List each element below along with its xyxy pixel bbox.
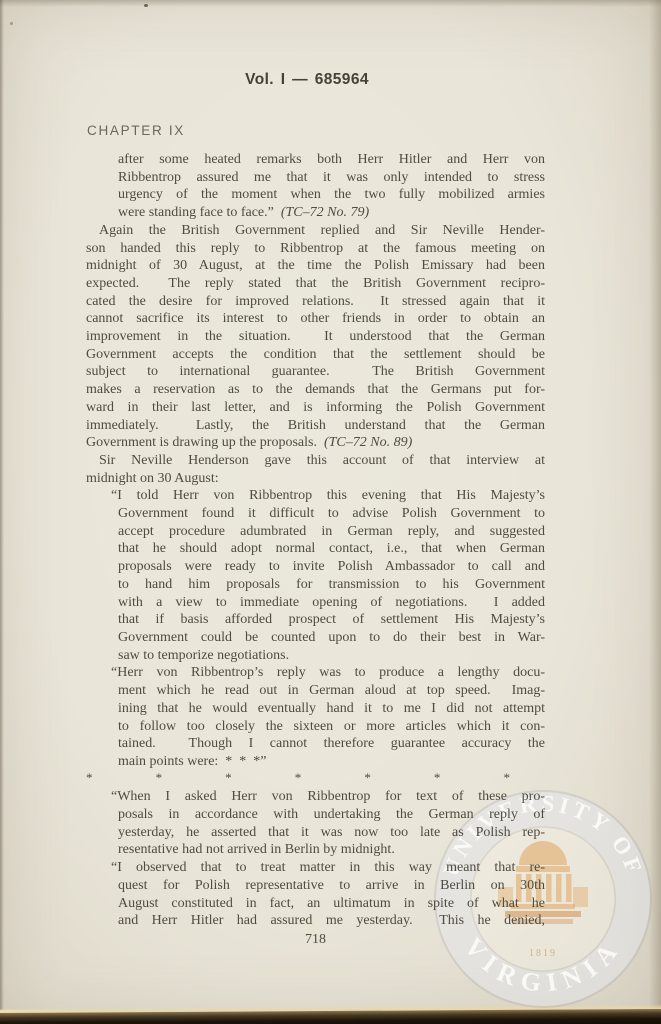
text-line: accept procedure adumbrated in German re…	[118, 523, 545, 541]
text-line: Government could be counted upon to do t…	[118, 629, 545, 647]
page-left-edge	[0, 0, 4, 1024]
text-line: Government found it difficult to advise …	[118, 505, 545, 523]
seal-year: 1819	[529, 948, 557, 959]
asterisk: *	[295, 771, 302, 789]
asterisk: *	[364, 771, 371, 789]
page-number: 718	[86, 932, 545, 948]
text-line: tained. Though I cannot therefore guaran…	[118, 735, 545, 753]
asterisk: *	[156, 771, 163, 789]
paragraph-quote-2: “Herr von Ribbentrop’s reply was to prod…	[118, 664, 545, 770]
text-line: ward in their last letter, and is inform…	[86, 399, 545, 417]
scanned-page: Vol. I — 685964 CHAPTER IX UNIVERSITY OF…	[0, 0, 661, 1024]
text-line: cannot sacrifice its interest to other f…	[86, 310, 545, 328]
paragraph-main-1: Again the British Government replied and…	[86, 222, 545, 452]
text-line: that he should adopt normal contact, i.e…	[118, 540, 545, 558]
text-line: to hand him proposals for transmission t…	[118, 576, 545, 594]
paragraph-quote-1: “I told Herr von Ribbentrop this evening…	[118, 487, 545, 664]
chapter-heading: CHAPTER IX	[87, 123, 185, 138]
volume-header: Vol. I — 685964	[0, 71, 614, 89]
paragraph-quote-continuation: after some heated remarks both Herr Hitl…	[118, 151, 545, 222]
asterisk: *	[225, 771, 232, 789]
document-citation: (TC–72 No. 79)	[281, 205, 369, 220]
text-line: yesterday, he asserted that it was now t…	[118, 824, 545, 842]
page-top-edge	[0, 0, 661, 7]
text-line: “When I asked Herr von Ribbentrop for te…	[118, 788, 545, 806]
text-line: midnight of 30 August, at the time the P…	[86, 257, 545, 275]
text-line: Again the British Government replied and…	[86, 222, 545, 240]
asterisk: *	[503, 771, 510, 789]
dust-speck	[10, 22, 13, 25]
text-line: resentative had not arrived in Berlin by…	[118, 841, 545, 859]
text-line: immediately. Lastly, the British underst…	[86, 417, 545, 435]
text-line: expected. The reply stated that the Brit…	[86, 275, 545, 293]
asterisk: *	[86, 771, 93, 789]
text-line: ment which he read out in German aloud a…	[118, 682, 545, 700]
text-line: “Herr von Ribbentrop’s reply was to prod…	[118, 664, 545, 682]
text-line: “I observed that to treat matter in this…	[118, 859, 545, 877]
text-line: August constituted in fact, an ultimatum…	[118, 895, 545, 913]
text-line: proposals were ready to invite Polish Am…	[118, 558, 545, 576]
text-line: after some heated remarks both Herr Hitl…	[118, 151, 545, 169]
text-line-with-citation: were standing face to face.” (TC–72 No. …	[118, 204, 545, 222]
text-fragment: were standing face to face.”	[118, 205, 281, 220]
text-line: that if basis afforded prospect of settl…	[118, 611, 545, 629]
text-line: with a view to immediate opening of nego…	[118, 594, 545, 612]
paragraph-main-2: Sir Neville Henderson gave this account …	[86, 452, 545, 487]
text-line: urgency of the moment when the two fully…	[118, 186, 545, 204]
text-line: quest for Polish representative to arriv…	[118, 877, 545, 895]
text-line: and Herr Hitler had assured me yesterday…	[118, 912, 545, 930]
asterisk: *	[434, 771, 441, 789]
text-line: “I told Herr von Ribbentrop this evening…	[118, 487, 545, 505]
asterisk-separator: * * * * * * *	[86, 771, 510, 789]
body-text: after some heated remarks both Herr Hitl…	[86, 151, 545, 930]
text-line: saw to temporize negotiations.	[118, 647, 545, 665]
text-line: subject to international guarantee. The …	[86, 363, 545, 381]
text-line: cated the desire for improved relations.…	[86, 293, 545, 311]
text-line: improvement in the situation. It underst…	[86, 328, 545, 346]
text-line: midnight on 30 August:	[86, 470, 545, 488]
text-line-with-citation: Government is drawing up the proposals. …	[86, 434, 545, 452]
document-citation: (TC–72 No. 89)	[324, 435, 412, 450]
text-line: Government accepts the condition that th…	[86, 346, 545, 364]
text-line: Sir Neville Henderson gave this account …	[86, 452, 545, 470]
paragraph-quote-4: “I observed that to treat matter in this…	[118, 859, 545, 930]
text-line: ining that he would eventually hand it t…	[118, 700, 545, 718]
text-line: makes a reservation as to the demands th…	[86, 381, 545, 399]
text-fragment: Government is drawing up the proposals.	[86, 435, 324, 450]
text-line: main points were: * * *”	[118, 753, 545, 771]
paragraph-quote-3: “When I asked Herr von Ribbentrop for te…	[118, 788, 545, 859]
text-line: to follow too closely the sixteen or mor…	[118, 718, 545, 736]
text-line: son handed this reply to Ribbentrop at t…	[86, 240, 545, 258]
text-line: posals in accordance with undertaking th…	[118, 806, 545, 824]
text-line: Ribbentrop assured me that it was only i…	[118, 169, 545, 187]
